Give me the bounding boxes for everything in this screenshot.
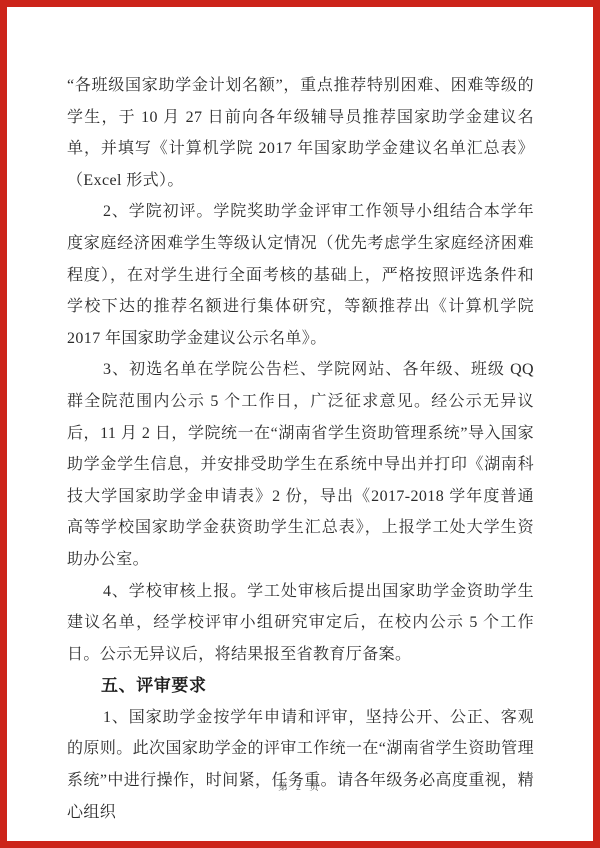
paragraph-publicity-list: 3、初选名单在学院公告栏、学院网站、各年级、班级 QQ 群全院范围内公示 5 个… bbox=[67, 354, 534, 575]
page-number: 第 2 页 bbox=[7, 779, 593, 793]
paragraph-review-requirements: 1、国家助学金按学年申请和评审，坚持公开、公正、客观的原则。此次国家助学金的评审… bbox=[67, 702, 534, 828]
section-heading: 五、评审要求 bbox=[67, 670, 534, 702]
paragraph-school-report: 4、学校审核上报。学工处审核后提出国家助学金资助学生建议名单，经学校评审小组研究… bbox=[67, 576, 534, 671]
document-page: “各班级国家助学金计划名额”，重点推荐特别困难、困难等级的学生，于 10 月 2… bbox=[0, 0, 600, 848]
document-body: “各班级国家助学金计划名额”，重点推荐特别困难、困难等级的学生，于 10 月 2… bbox=[7, 7, 593, 828]
paragraph-continuation: “各班级国家助学金计划名额”，重点推荐特别困难、困难等级的学生，于 10 月 2… bbox=[67, 70, 534, 196]
paragraph-college-review: 2、学院初评。学院奖助学金评审工作领导小组结合本学年度家庭经济困难学生等级认定情… bbox=[67, 196, 534, 354]
